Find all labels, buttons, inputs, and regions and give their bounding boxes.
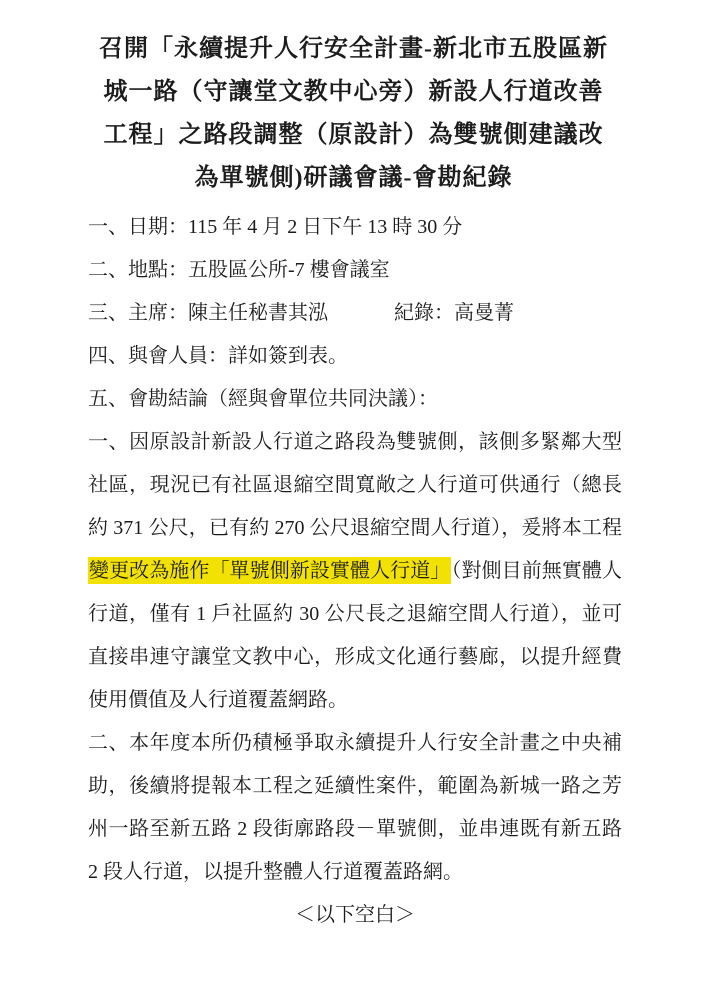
- highlighted-decision-text: 變更改為施作「單號側新設實體人行道」: [88, 557, 451, 584]
- conclusion1-line-4-rest: （對側目前無實體人: [451, 560, 622, 582]
- date-line: 一、日期：115 年 4 月 2 日下午 13 時 30 分: [88, 206, 622, 249]
- conclusion1-line-2: 社區，現況已有社區退縮空間寬敞之人行道可供通行（總長: [88, 464, 622, 507]
- conclusion1-line-7: 使用價值及人行道覆蓋網路。: [88, 679, 622, 722]
- document-title: 召開「永續提升人行安全計畫-新北市五股區新 城一路（守讓堂文教中心旁）新設人行道…: [0, 28, 707, 200]
- conclusion-heading: 五、會勘結論（經與會單位共同決議）：: [88, 378, 622, 421]
- title-line-1: 召開「永續提升人行安全計畫-新北市五股區新: [0, 28, 707, 71]
- location-line: 二、地點：五股區公所-7 樓會議室: [88, 249, 622, 292]
- conclusion1-line-5: 行道，僅有 1 戶社區約 30 公尺長之退縮空間人行道），並可: [88, 593, 622, 636]
- title-line-2: 城一路（守讓堂文教中心旁）新設人行道改善: [0, 71, 707, 114]
- recorder-label: 紀錄：高曼菁: [394, 302, 514, 324]
- conclusion2-line-1: 二、本年度本所仍積極爭取永續提升人行安全計畫之中央補: [88, 722, 622, 765]
- conclusion1-line-6: 直接串連守讓堂文教中心，形成文化通行藝廊，以提升經費: [88, 636, 622, 679]
- conclusion1-line-3: 約 371 公尺，已有約 270 公尺退縮空間人行道），爰將本工程: [88, 507, 622, 550]
- document-body: 一、日期：115 年 4 月 2 日下午 13 時 30 分 二、地點：五股區公…: [88, 206, 622, 937]
- conclusion1-line-1: 一、因原設計新設人行道之路段為雙號側，該側多緊鄰大型: [88, 421, 622, 464]
- conclusion2-line-3: 州一路至新五路 2 段街廓路段－單號側，並串連既有新五路: [88, 808, 622, 851]
- conclusion1-line-4: 變更改為施作「單號側新設實體人行道」（對側目前無實體人: [88, 550, 622, 593]
- closing-line: ＜以下空白＞: [88, 894, 622, 937]
- conclusion2-line-2: 助，後續將提報本工程之延續性案件，範圍為新城一路之芳: [88, 765, 622, 808]
- chair-label: 三、主席：陳主任秘書其泓: [88, 302, 328, 324]
- conclusion2-line-4: 2 段人行道，以提升整體人行道覆蓋路網。: [88, 851, 622, 894]
- attendees-line: 四、與會人員：詳如簽到表。: [88, 335, 622, 378]
- title-line-3: 工程」之路段調整（原設計）為雙號側建議改: [0, 114, 707, 157]
- chair-recorder-line: 三、主席：陳主任秘書其泓紀錄：高曼菁: [88, 292, 622, 335]
- document-page: 召開「永續提升人行安全計畫-新北市五股區新 城一路（守讓堂文教中心旁）新設人行道…: [0, 0, 707, 1000]
- title-line-4: 為單號側)研議會議-會勘紀錄: [0, 157, 707, 200]
